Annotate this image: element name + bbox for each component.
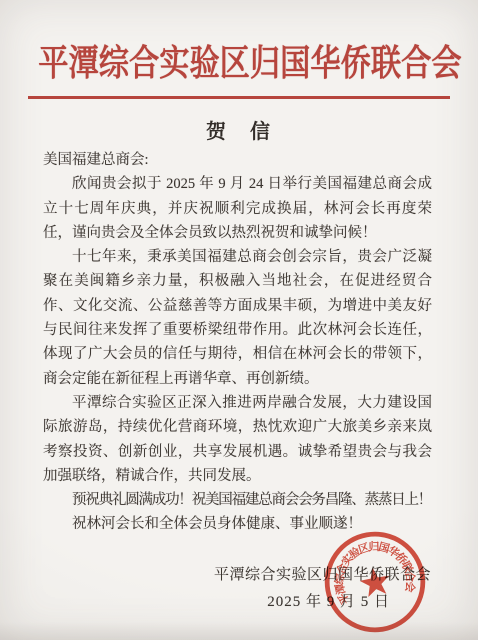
letter-title: 贺 信 (0, 122, 478, 142)
closing-wish-line-1: 预祝典礼圆满成功！祝美国福建总商会会务昌隆、蒸蒸日上！ (43, 488, 432, 512)
salutation: 美国福建总商会: (43, 148, 432, 172)
signature-date: 2025 年 9 月 5 日 (267, 590, 390, 611)
letter-page: 平潭综合实验区归国华侨联合会 贺 信 美国福建总商会: 欣闻贵会拟于 2025 … (0, 0, 478, 640)
svg-text:归: 归 (368, 539, 379, 553)
letter-body: 美国福建总商会: 欣闻贵会拟于 2025 年 9 月 24 日举行美国福建总商会… (43, 148, 432, 537)
signature-org-name: 平潭综合实验区归国华侨联合会 (214, 563, 431, 584)
svg-text:验: 验 (346, 544, 363, 562)
scan-edge-shadow (0, 622, 478, 640)
svg-text:区: 区 (356, 540, 371, 557)
body-paragraph-2: 十七年来，秉承美国福建总商会创会宗旨，贵会广泛凝聚在美闽籍乡亲力量，积极融入当地… (43, 245, 432, 391)
letterhead-divider (28, 96, 450, 99)
letterhead-org-name: 平潭综合实验区归国华侨联合会 (38, 40, 440, 86)
closing-wish-line-2: 祝林河会长和全体会员身体健康、事业顺遂！ (43, 512, 432, 536)
svg-text:国: 国 (377, 539, 391, 555)
body-paragraph-3: 平潭综合实验区正深入推进两岸融合发展，大力建设国际旅游岛，持续优化营商环境，热忱… (43, 391, 432, 488)
svg-text:华: 华 (385, 543, 402, 561)
body-paragraph-1: 欣闻贵会拟于 2025 年 9 月 24 日举行美国福建总商会成立十七周年庆典，… (43, 172, 432, 245)
